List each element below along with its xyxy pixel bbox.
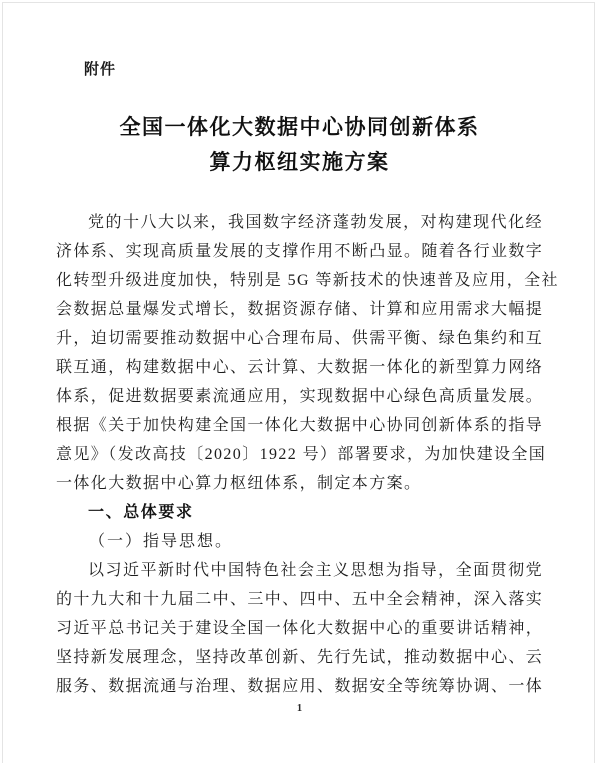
body-line: 习近平总书记关于建设全国一体化大数据中心的重要讲话精神， xyxy=(56,614,543,643)
page-number: 1 xyxy=(56,702,543,716)
section-heading: 一、总体要求 xyxy=(56,498,543,527)
body-line: 以习近平新时代中国特色社会主义思想为指导，全面贯彻党 xyxy=(56,556,543,585)
document-page: 附件 全国一体化大数据中心协同创新体系 算力枢纽实施方案 党的十八大以来，我国数… xyxy=(0,0,598,763)
section-subheading: （一）指导思想。 xyxy=(56,527,543,556)
body-line: 坚持新发展理念，坚持改革创新、先行先试，推动数据中心、云 xyxy=(56,643,543,672)
title-line-1: 全国一体化大数据中心协同创新体系 xyxy=(56,110,543,145)
document-title: 全国一体化大数据中心协同创新体系 算力枢纽实施方案 xyxy=(56,110,543,180)
body-line: 济体系、实现高质量发展的支撑作用不断凸显。随着各行业数字 xyxy=(56,237,543,266)
body-line: 升，迫切需要推动数据中心合理布局、供需平衡、绿色集约和互 xyxy=(56,324,543,353)
body-line: 化转型升级进度加快，特别是 5G 等新技术的快速普及应用，全社 xyxy=(56,266,543,295)
body-line: 意见》（发改高技〔2020〕1922 号）部署要求，为加快建设全国 xyxy=(56,440,543,469)
body-line: 体系，促进数据要素流通应用，实现数据中心绿色高质量发展。 xyxy=(56,382,543,411)
body-line: 一体化大数据中心算力枢纽体系，制定本方案。 xyxy=(56,469,543,498)
attachment-label: 附件 xyxy=(84,62,543,78)
body-line: 的十九大和十九届二中、三中、四中、五中全会精神，深入落实 xyxy=(56,585,543,614)
body-line: 会数据总量爆发式增长，数据资源存储、计算和应用需求大幅提 xyxy=(56,295,543,324)
body-line: 根据《关于加快构建全国一体化大数据中心协同创新体系的指导 xyxy=(56,411,543,440)
body-paragraph: 党的十八大以来，我国数字经济蓬勃发展，对构建现代化经济体系、实现高质量发展的支撑… xyxy=(56,208,543,498)
body-line: 党的十八大以来，我国数字经济蓬勃发展，对构建现代化经 xyxy=(56,208,543,237)
body-line: 服务、数据流通与治理、数据应用、数据安全等统筹协调、一体 xyxy=(56,672,543,701)
title-line-2: 算力枢纽实施方案 xyxy=(56,145,543,180)
document-body: 党的十八大以来，我国数字经济蓬勃发展，对构建现代化经济体系、实现高质量发展的支撑… xyxy=(56,208,543,701)
body-paragraph: 以习近平新时代中国特色社会主义思想为指导，全面贯彻党的十九大和十九届二中、三中、… xyxy=(56,556,543,701)
page-content: 附件 全国一体化大数据中心协同创新体系 算力枢纽实施方案 党的十八大以来，我国数… xyxy=(0,0,598,763)
body-line: 联互通，构建数据中心、云计算、大数据一体化的新型算力网络 xyxy=(56,353,543,382)
